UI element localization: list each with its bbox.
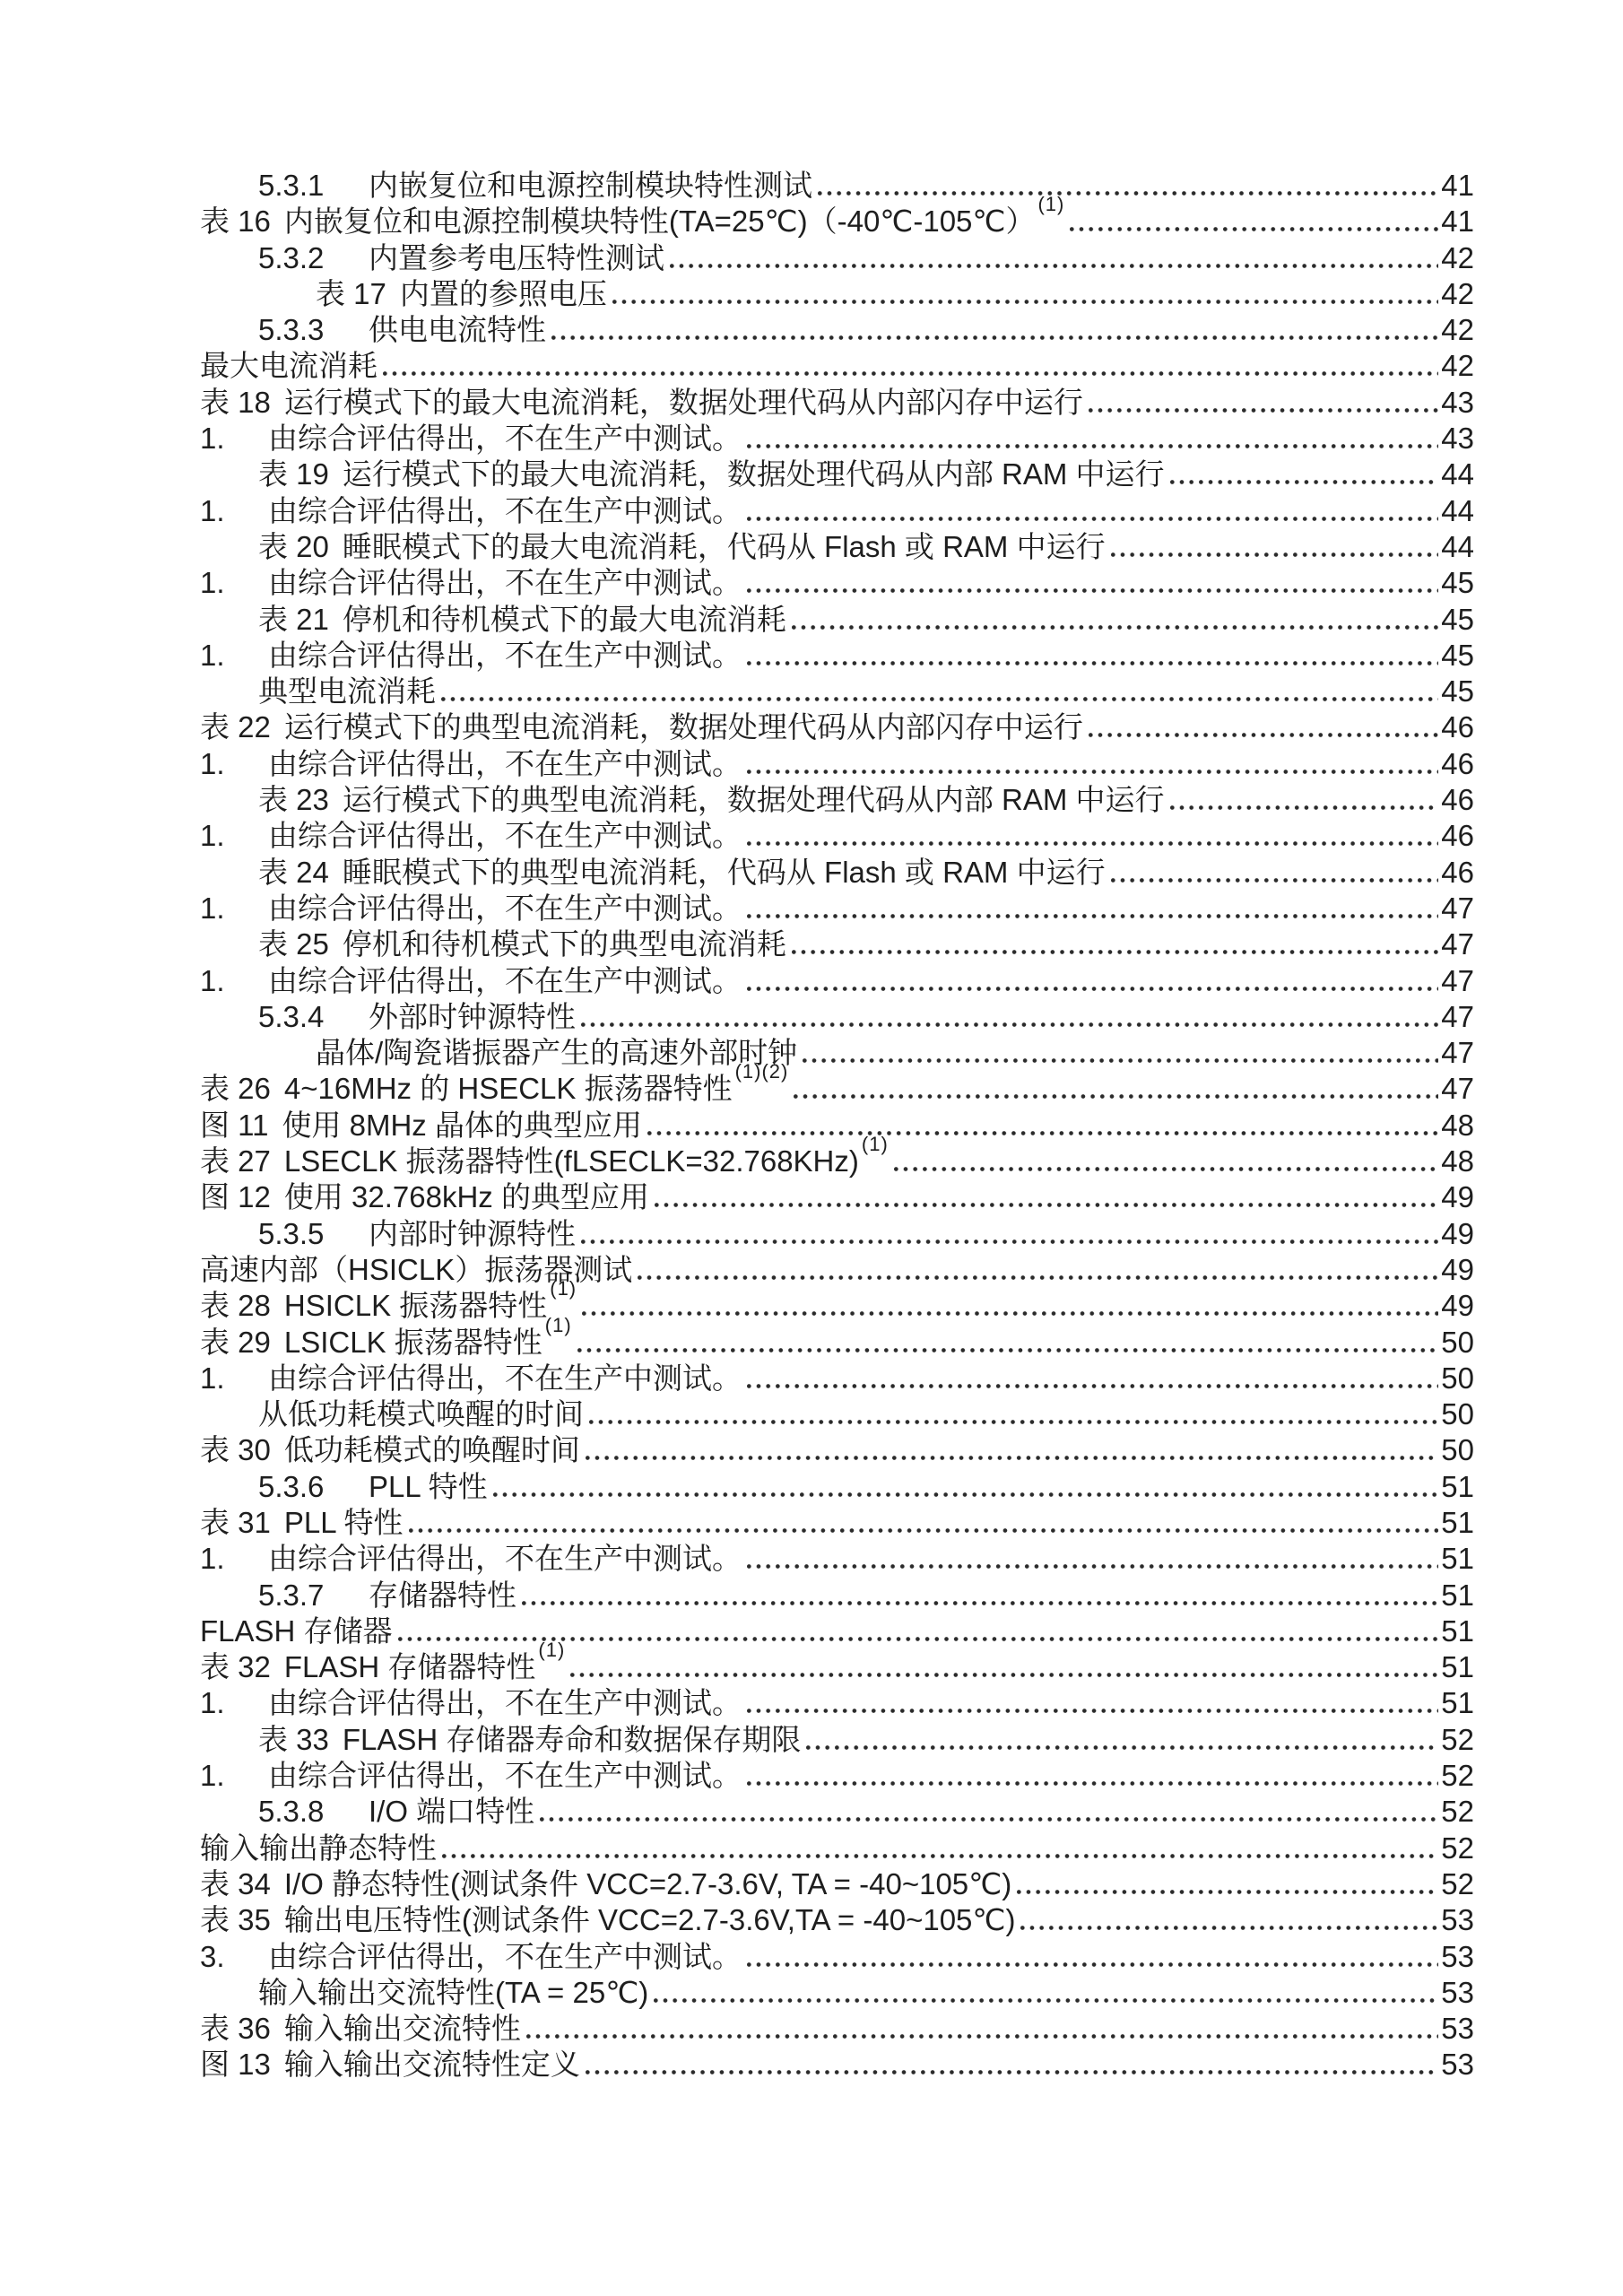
entry-label: 表 29 — [200, 1325, 271, 1361]
entry-footnote-superscript: (1) — [545, 1314, 572, 1336]
entry-title: 运行模式下的典型电流消耗，数据处理代码从内部闪存中运行 — [284, 709, 1083, 745]
entry-label: 5.3.7 — [258, 1578, 369, 1613]
dot-leader — [747, 661, 1438, 665]
entry-title: 输出电压特性(测试条件 VCC=2.7-3.6V,TA = -40~105℃) — [284, 1902, 1016, 1938]
entry-label: 5.3.5 — [258, 1216, 369, 1252]
dot-leader — [894, 1167, 1439, 1171]
entry-title: 内嵌复位和电源控制模块特性测试 — [369, 168, 812, 204]
entry-label: 1. — [200, 1541, 268, 1577]
toc-entry: 5.3.7存储器特性51 — [0, 1578, 1623, 1613]
dot-leader — [522, 1601, 1438, 1605]
entry-title-text: 运行模式下的典型电流消耗，数据处理代码从内部 RAM 中运行 — [343, 783, 1165, 816]
toc-entry: 从低功耗模式唤醒的时间50 — [0, 1396, 1623, 1432]
entry-title: FLASH 存储器寿命和数据保存期限 — [343, 1722, 802, 1758]
dot-leader — [747, 770, 1438, 774]
dot-leader — [581, 1239, 1438, 1244]
toc-entry: 表 31PLL 特性51 — [0, 1505, 1623, 1541]
toc-entry: 1.由综合评估得出，不在生产中测试。52 — [0, 1758, 1623, 1794]
dot-leader — [526, 2034, 1438, 2039]
entry-title-text: 内置参考电压特性测试 — [369, 241, 664, 274]
entry-title-text: 由综合评估得出，不在生产中测试。 — [268, 1759, 742, 1792]
entry-page-number: 43 — [1441, 421, 1474, 457]
toc-entry: 1.由综合评估得出，不在生产中测试。47 — [0, 963, 1623, 999]
toc-entry: 5.3.2内置参考电压特性测试42 — [0, 240, 1623, 276]
dot-leader — [792, 950, 1438, 954]
entry-label: 表 22 — [200, 709, 271, 745]
entry-title-text: 由综合评估得出，不在生产中测试。 — [268, 422, 742, 455]
entry-title: 输入输出静态特性 — [200, 1831, 437, 1866]
entry-title: 内置参考电压特性测试 — [369, 240, 664, 276]
entry-label: 5.3.3 — [258, 312, 369, 348]
entry-label: 1. — [200, 818, 268, 854]
entry-title-text: 输入输出静态特性 — [200, 1831, 437, 1865]
toc-entry: 5.3.4外部时钟源特性47 — [0, 999, 1623, 1035]
entry-title: 由综合评估得出，不在生产中测试。 — [268, 638, 742, 674]
entry-title-text: I/O 端口特性 — [369, 1795, 534, 1828]
toc-entry: 图 13输入输出交流特性定义53 — [0, 2047, 1623, 2083]
dot-leader — [1017, 1890, 1438, 1894]
entry-page-number: 51 — [1441, 1649, 1474, 1685]
toc-entry: 1.由综合评估得出，不在生产中测试。46 — [0, 746, 1623, 782]
toc-entry: 图 12使用 32.768kHz 的典型应用49 — [0, 1179, 1623, 1215]
entry-title: 输入输出交流特性定义 — [284, 2047, 580, 2083]
entry-page-number: 41 — [1441, 204, 1474, 239]
entry-title: FLASH 存储器 — [200, 1613, 393, 1649]
entry-label: 1. — [200, 746, 268, 782]
entry-label: 1. — [200, 493, 268, 529]
entry-page-number: 46 — [1441, 818, 1474, 854]
entry-page-number: 51 — [1441, 1613, 1474, 1649]
entry-title-text: 睡眠模式下的最大电流消耗，代码从 Flash 或 RAM 中运行 — [343, 530, 1106, 563]
entry-title: 由综合评估得出，不在生产中测试。 — [268, 1758, 742, 1794]
entry-title-text: 由综合评估得出，不在生产中测试。 — [268, 1542, 742, 1575]
entry-title-text: 使用 8MHz 晶体的典型应用 — [282, 1109, 642, 1142]
entry-title-text: 内置的参照电压 — [400, 277, 607, 310]
entry-title-text: 最大电流消耗 — [200, 349, 378, 382]
entry-title: 内部时钟源特性 — [369, 1216, 576, 1252]
dot-leader — [586, 2070, 1438, 2074]
entry-title: 由综合评估得出，不在生产中测试。 — [268, 565, 742, 601]
entry-title-text: 输入输出交流特性定义 — [284, 2048, 580, 2081]
dot-leader — [586, 1456, 1438, 1460]
dot-leader — [747, 1709, 1438, 1713]
entry-title-text: 输出电压特性(测试条件 VCC=2.7-3.6V,TA = -40~105℃) — [284, 1903, 1016, 1936]
entry-page-number: 47 — [1441, 1071, 1474, 1107]
entry-title: 由综合评估得出，不在生产中测试。 — [268, 746, 742, 782]
entry-label: 5.3.4 — [258, 999, 369, 1035]
dot-leader — [1111, 878, 1439, 883]
entry-title: 从低功耗模式唤醒的时间 — [258, 1396, 584, 1432]
toc-entry: 5.3.1内嵌复位和电源控制模块特性测试41 — [0, 168, 1623, 204]
entry-title-text: LSECLK 振荡器特性(fLSECLK=32.768KHz) — [284, 1144, 859, 1178]
entry-page-number: 51 — [1441, 1541, 1474, 1577]
dot-leader — [747, 1781, 1438, 1786]
entry-title: PLL 特性 — [369, 1469, 488, 1505]
dot-leader — [1070, 227, 1438, 231]
entry-page-number: 52 — [1441, 1866, 1474, 1902]
entry-title: 运行模式下的最大电流消耗，数据处理代码从内部 RAM 中运行 — [343, 457, 1165, 492]
entry-label: 表 25 — [258, 926, 329, 962]
entry-label: 表 23 — [258, 782, 329, 818]
toc-entry: 表 34I/O 静态特性(测试条件 VCC=2.7-3.6V, TA = -40… — [0, 1866, 1623, 1902]
entry-page-number: 47 — [1441, 891, 1474, 926]
dot-leader — [647, 1131, 1438, 1135]
entry-page-number: 53 — [1441, 1902, 1474, 1938]
entry-page-number: 51 — [1441, 1469, 1474, 1505]
entry-title: 运行模式下的典型电流消耗，数据处理代码从内部 RAM 中运行 — [343, 782, 1165, 818]
entry-page-number: 48 — [1441, 1108, 1474, 1144]
toc-entry: 表 18运行模式下的最大电流消耗，数据处理代码从内部闪存中运行43 — [0, 385, 1623, 421]
entry-title-text: 运行模式下的典型电流消耗，数据处理代码从内部闪存中运行 — [284, 710, 1083, 744]
entry-label: 图 13 — [200, 2047, 271, 2083]
toc-entry: 表 33FLASH 存储器寿命和数据保存期限52 — [0, 1722, 1623, 1758]
entry-page-number: 45 — [1441, 638, 1474, 674]
entry-title-text: 从低功耗模式唤醒的时间 — [258, 1397, 584, 1431]
entry-page-number: 50 — [1441, 1432, 1474, 1468]
entry-title-text: LSICLK 振荡器特性 — [284, 1326, 542, 1359]
entry-title: 输入输出交流特性(TA = 25℃) — [258, 1975, 648, 2011]
entry-title-text: FLASH 存储器 — [200, 1614, 393, 1648]
entry-label: 表 30 — [200, 1432, 271, 1468]
entry-page-number: 44 — [1441, 493, 1474, 529]
dot-leader — [794, 1094, 1438, 1099]
entry-label: 1. — [200, 421, 268, 457]
entry-label: 1. — [200, 1361, 268, 1396]
entry-title: 停机和待机模式下的典型电流消耗 — [343, 926, 786, 962]
entry-page-number: 51 — [1441, 1505, 1474, 1541]
entry-page-number: 52 — [1441, 1831, 1474, 1866]
entry-title-text: I/O 静态特性(测试条件 VCC=2.7-3.6V, TA = -40~105… — [284, 1867, 1011, 1900]
entry-title-text: 输入输出交流特性(TA = 25℃) — [258, 1976, 648, 2009]
entry-title-text: 存储器特性 — [369, 1578, 516, 1612]
entry-title-text: 运行模式下的最大电流消耗，数据处理代码从内部闪存中运行 — [284, 386, 1083, 419]
entry-page-number: 52 — [1441, 1758, 1474, 1794]
entry-page-number: 44 — [1441, 457, 1474, 492]
entry-label: 表 21 — [258, 602, 329, 638]
entry-title-text: 4~16MHz 的 HSECLK 振荡器特性 — [284, 1072, 733, 1105]
entry-page-number: 49 — [1441, 1216, 1474, 1252]
dot-leader — [589, 1420, 1438, 1424]
entry-title: 由综合评估得出，不在生产中测试。 — [268, 1541, 742, 1577]
toc-entry: 晶体/陶瓷谐振器产生的高速外部时钟47 — [0, 1035, 1623, 1071]
entry-title: 外部时钟源特性 — [369, 999, 576, 1035]
entry-title-text: 由综合评估得出，不在生产中测试。 — [268, 1940, 742, 1973]
dot-leader — [792, 625, 1438, 630]
entry-title: 运行模式下的最大电流消耗，数据处理代码从内部闪存中运行 — [284, 385, 1083, 421]
entry-title: FLASH 存储器特性(1) — [284, 1649, 565, 1685]
toc-entry: 1.由综合评估得出，不在生产中测试。51 — [0, 1541, 1623, 1577]
dot-leader — [1089, 733, 1438, 737]
toc-entry: 表 19运行模式下的最大电流消耗，数据处理代码从内部 RAM 中运行44 — [0, 457, 1623, 492]
toc-entry: 表 24睡眠模式下的典型电流消耗，代码从 Flash 或 RAM 中运行46 — [0, 855, 1623, 891]
entry-title-text: 由综合评估得出，不在生产中测试。 — [268, 639, 742, 672]
entry-label: 图 11 — [200, 1108, 268, 1144]
entry-page-number: 41 — [1441, 168, 1474, 204]
entry-title-text: 由综合评估得出，不在生产中测试。 — [268, 819, 742, 852]
entry-label: 表 20 — [258, 529, 329, 565]
dot-leader — [655, 1203, 1438, 1207]
entry-title: 由综合评估得出，不在生产中测试。 — [268, 1685, 742, 1721]
toc-entry: 表 16内嵌复位和电源控制模块特性(TA=25℃)（-40℃-105℃）(1)4… — [0, 204, 1623, 239]
entry-label: 表 35 — [200, 1902, 271, 1938]
entry-page-number: 48 — [1441, 1144, 1474, 1179]
entry-title: 使用 8MHz 晶体的典型应用 — [282, 1108, 642, 1144]
entry-label: 表 19 — [258, 457, 329, 492]
dot-leader — [1170, 805, 1439, 810]
entry-title: 供电电流特性 — [369, 312, 546, 348]
toc-entry: 1.由综合评估得出，不在生产中测试。45 — [0, 565, 1623, 601]
entry-title-text: 运行模式下的最大电流消耗，数据处理代码从内部 RAM 中运行 — [343, 457, 1165, 491]
dot-leader — [747, 588, 1438, 593]
entry-title: 由综合评估得出，不在生产中测试。 — [268, 891, 742, 926]
entry-page-number: 46 — [1441, 855, 1474, 891]
toc-entry: 表 29LSICLK 振荡器特性(1)50 — [0, 1325, 1623, 1361]
dot-leader — [582, 1311, 1438, 1316]
toc-entry: FLASH 存储器51 — [0, 1613, 1623, 1649]
entry-footnote-superscript: (1)(2) — [735, 1060, 789, 1083]
toc-entry: 输入输出交流特性(TA = 25℃)53 — [0, 1975, 1623, 2011]
entry-title-text: 内部时钟源特性 — [369, 1217, 576, 1250]
toc-entry: 表 22运行模式下的典型电流消耗，数据处理代码从内部闪存中运行46 — [0, 709, 1623, 745]
toc-entry: 表 25停机和待机模式下的典型电流消耗47 — [0, 926, 1623, 962]
entry-title: 使用 32.768kHz 的典型应用 — [284, 1179, 649, 1215]
entry-label: 表 33 — [258, 1722, 329, 1758]
entry-label: 表 36 — [200, 2011, 271, 2047]
dot-leader — [1111, 552, 1439, 557]
entry-title-text: 输入输出交流特性 — [284, 2012, 521, 2045]
entry-title-text: 由综合评估得出，不在生产中测试。 — [268, 747, 742, 780]
entry-title-text: 由综合评估得出，不在生产中测试。 — [268, 494, 742, 527]
entry-label: 图 12 — [200, 1179, 271, 1215]
dot-leader — [818, 191, 1438, 196]
entry-label: 1. — [200, 1685, 268, 1721]
entry-page-number: 52 — [1441, 1722, 1474, 1758]
entry-label: 1. — [200, 638, 268, 674]
entry-page-number: 42 — [1441, 312, 1474, 348]
entry-title: 最大电流消耗 — [200, 348, 378, 384]
entry-title-text: 晶体/陶瓷谐振器产生的高速外部时钟 — [316, 1036, 797, 1069]
dot-leader — [551, 335, 1438, 340]
toc-entry: 表 30低功耗模式的唤醒时间50 — [0, 1432, 1623, 1468]
entry-page-number: 50 — [1441, 1396, 1474, 1432]
entry-page-number: 47 — [1441, 926, 1474, 962]
entry-page-number: 42 — [1441, 348, 1474, 384]
entry-title: 晶体/陶瓷谐振器产生的高速外部时钟 — [316, 1035, 797, 1071]
toc-entry: 最大电流消耗42 — [0, 348, 1623, 384]
entry-title-text: 由综合评估得出，不在生产中测试。 — [268, 1686, 742, 1719]
entry-page-number: 53 — [1441, 1975, 1474, 2011]
entry-title: 由综合评估得出，不在生产中测试。 — [268, 1939, 742, 1975]
toc-entry: 1.由综合评估得出，不在生产中测试。51 — [0, 1685, 1623, 1721]
toc-entry: 典型电流消耗45 — [0, 674, 1623, 709]
dot-leader — [806, 1745, 1438, 1750]
entry-label: 1. — [200, 963, 268, 999]
dot-leader — [747, 841, 1438, 846]
dot-leader — [409, 1528, 1439, 1533]
toc-entry: 1.由综合评估得出，不在生产中测试。45 — [0, 638, 1623, 674]
toc-entry: 1.由综合评估得出，不在生产中测试。50 — [0, 1361, 1623, 1396]
entry-page-number: 47 — [1441, 963, 1474, 999]
dot-leader — [747, 914, 1438, 918]
entry-title: I/O 端口特性 — [369, 1794, 534, 1830]
entry-title: 睡眠模式下的典型电流消耗，代码从 Flash 或 RAM 中运行 — [343, 855, 1106, 891]
entry-title-text: FLASH 存储器寿命和数据保存期限 — [343, 1723, 802, 1756]
dot-leader — [581, 1022, 1438, 1027]
entry-title: 由综合评估得出，不在生产中测试。 — [268, 493, 742, 529]
dot-leader — [638, 1275, 1438, 1280]
entry-title-text: 由综合评估得出，不在生产中测试。 — [268, 1361, 742, 1395]
entry-page-number: 49 — [1441, 1179, 1474, 1215]
entry-page-number: 42 — [1441, 276, 1474, 312]
entry-title-text: PLL 特性 — [369, 1470, 488, 1503]
entry-title: PLL 特性 — [284, 1505, 404, 1541]
entry-title: HSICLK 振荡器特性(1) — [284, 1288, 577, 1324]
entry-label: 表 17 — [316, 276, 386, 312]
entry-label: 表 34 — [200, 1866, 271, 1902]
entry-page-number: 44 — [1441, 529, 1474, 565]
entry-label: 表 27 — [200, 1144, 271, 1179]
entry-title: 低功耗模式的唤醒时间 — [284, 1432, 580, 1468]
entry-title: 输入输出交流特性 — [284, 2011, 521, 2047]
entry-label: 表 31 — [200, 1505, 271, 1541]
toc-entry: 1.由综合评估得出，不在生产中测试。44 — [0, 493, 1623, 529]
toc-entry: 高速内部（HSICLK）振荡器测试49 — [0, 1252, 1623, 1288]
entry-title-text: 睡眠模式下的典型电流消耗，代码从 Flash 或 RAM 中运行 — [343, 856, 1106, 889]
entry-title: 睡眠模式下的最大电流消耗，代码从 Flash 或 RAM 中运行 — [343, 529, 1106, 565]
document-page: 5.3.1内嵌复位和电源控制模块特性测试41表 16内嵌复位和电源控制模块特性(… — [0, 0, 1623, 2296]
entry-page-number: 52 — [1441, 1794, 1474, 1830]
toc-entry: 表 35输出电压特性(测试条件 VCC=2.7-3.6V,TA = -40~10… — [0, 1902, 1623, 1938]
entry-title: LSECLK 振荡器特性(fLSECLK=32.768KHz)(1) — [284, 1144, 889, 1179]
entry-title-text: 由综合评估得出，不在生产中测试。 — [268, 964, 742, 997]
dot-leader — [441, 697, 1438, 701]
entry-page-number: 46 — [1441, 746, 1474, 782]
entry-title-text: 内嵌复位和电源控制模块特性(TA=25℃)（-40℃-105℃） — [284, 204, 1036, 238]
dot-leader — [747, 1384, 1438, 1388]
dot-leader — [577, 1348, 1439, 1352]
entry-footnote-superscript: (1) — [538, 1639, 565, 1661]
entry-page-number: 49 — [1441, 1252, 1474, 1288]
entry-title-text: HSICLK 振荡器特性 — [284, 1289, 547, 1322]
entry-page-number: 53 — [1441, 2047, 1474, 2083]
entry-title: 内置的参照电压 — [400, 276, 607, 312]
entry-title: 4~16MHz 的 HSECLK 振荡器特性(1)(2) — [284, 1071, 789, 1107]
entry-page-number: 50 — [1441, 1325, 1474, 1361]
entry-title: 由综合评估得出，不在生产中测试。 — [268, 1361, 742, 1396]
entry-title-text: PLL 特性 — [284, 1506, 404, 1539]
dot-leader — [383, 371, 1438, 376]
entry-page-number: 42 — [1441, 240, 1474, 276]
toc-entry: 图 11使用 8MHz 晶体的典型应用48 — [0, 1108, 1623, 1144]
entry-page-number: 47 — [1441, 1035, 1474, 1071]
entry-label: 5.3.6 — [258, 1469, 369, 1505]
dot-leader — [612, 300, 1438, 304]
dot-leader — [1170, 480, 1439, 484]
dot-leader — [747, 517, 1438, 521]
entry-page-number: 45 — [1441, 674, 1474, 709]
entry-page-number: 43 — [1441, 385, 1474, 421]
entry-label: 表 26 — [200, 1071, 271, 1107]
entry-page-number: 49 — [1441, 1288, 1474, 1324]
entry-label: 表 16 — [200, 204, 271, 239]
entry-page-number: 51 — [1441, 1685, 1474, 1721]
toc-entry: 表 27LSECLK 振荡器特性(fLSECLK=32.768KHz)(1)48 — [0, 1144, 1623, 1179]
dot-leader — [747, 987, 1438, 991]
entry-title: 典型电流消耗 — [258, 674, 436, 709]
entry-footnote-superscript: (1) — [862, 1133, 889, 1155]
entry-title-text: FLASH 存储器特性 — [284, 1650, 536, 1683]
entry-title-text: 供电电流特性 — [369, 313, 546, 346]
entry-label: 表 28 — [200, 1288, 271, 1324]
entry-title: 存储器特性 — [369, 1578, 516, 1613]
toc-entry: 5.3.3供电电流特性42 — [0, 312, 1623, 348]
dot-leader — [540, 1817, 1438, 1822]
dot-leader — [803, 1058, 1438, 1063]
dot-leader — [1020, 1926, 1438, 1930]
entry-title-text: 内嵌复位和电源控制模块特性测试 — [369, 169, 812, 202]
dot-leader — [570, 1673, 1438, 1677]
toc-entry: 5.3.5内部时钟源特性49 — [0, 1216, 1623, 1252]
dot-leader — [1089, 408, 1438, 413]
entry-footnote-superscript: (1) — [550, 1277, 577, 1300]
dot-leader — [654, 1998, 1438, 2003]
entry-label: 5.3.8 — [258, 1794, 369, 1830]
toc-entry: 表 23运行模式下的典型电流消耗，数据处理代码从内部 RAM 中运行46 — [0, 782, 1623, 818]
entry-title: I/O 静态特性(测试条件 VCC=2.7-3.6V, TA = -40~105… — [284, 1866, 1011, 1902]
entry-page-number: 46 — [1441, 709, 1474, 745]
toc-entry: 5.3.6PLL 特性51 — [0, 1469, 1623, 1505]
entry-page-number: 51 — [1441, 1578, 1474, 1613]
entry-title-text: 外部时钟源特性 — [369, 1000, 576, 1033]
entry-page-number: 53 — [1441, 1939, 1474, 1975]
toc-entry: 1.由综合评估得出，不在生产中测试。47 — [0, 891, 1623, 926]
dot-leader — [747, 1564, 1438, 1569]
toc-entry: 输入输出静态特性52 — [0, 1831, 1623, 1866]
entry-title: 由综合评估得出，不在生产中测试。 — [268, 963, 742, 999]
entry-title: 内嵌复位和电源控制模块特性(TA=25℃)（-40℃-105℃）(1) — [284, 204, 1065, 239]
table-of-contents: 5.3.1内嵌复位和电源控制模块特性测试41表 16内嵌复位和电源控制模块特性(… — [0, 168, 1623, 2083]
toc-entry: 1.由综合评估得出，不在生产中测试。43 — [0, 421, 1623, 457]
entry-label: 表 32 — [200, 1649, 271, 1685]
entry-label: 1. — [200, 565, 268, 601]
toc-entry: 3.由综合评估得出，不在生产中测试。53 — [0, 1939, 1623, 1975]
entry-page-number: 53 — [1441, 2011, 1474, 2047]
entry-title-text: 典型电流消耗 — [258, 674, 436, 708]
dot-leader — [747, 444, 1438, 448]
toc-entry: 表 20睡眠模式下的最大电流消耗，代码从 Flash 或 RAM 中运行44 — [0, 529, 1623, 565]
entry-title: 由综合评估得出，不在生产中测试。 — [268, 818, 742, 854]
entry-title-text: 低功耗模式的唤醒时间 — [284, 1433, 580, 1466]
entry-page-number: 45 — [1441, 565, 1474, 601]
toc-entry: 表 17内置的参照电压42 — [0, 276, 1623, 312]
toc-entry: 表 264~16MHz 的 HSECLK 振荡器特性(1)(2)47 — [0, 1071, 1623, 1107]
entry-page-number: 50 — [1441, 1361, 1474, 1396]
dot-leader — [442, 1854, 1438, 1858]
entry-page-number: 47 — [1441, 999, 1474, 1035]
toc-entry: 表 36输入输出交流特性53 — [0, 2011, 1623, 2047]
entry-title-text: 停机和待机模式下的典型电流消耗 — [343, 927, 786, 961]
entry-label: 表 24 — [258, 855, 329, 891]
entry-title: LSICLK 振荡器特性(1) — [284, 1325, 572, 1361]
entry-label: 5.3.1 — [258, 168, 369, 204]
entry-title: 由综合评估得出，不在生产中测试。 — [268, 421, 742, 457]
entry-label: 表 18 — [200, 385, 271, 421]
entry-footnote-superscript: (1) — [1037, 193, 1064, 215]
entry-title-text: 停机和待机模式下的最大电流消耗 — [343, 603, 786, 636]
dot-leader — [747, 1962, 1438, 1967]
entry-label: 1. — [200, 1758, 268, 1794]
dot-leader — [670, 264, 1438, 268]
